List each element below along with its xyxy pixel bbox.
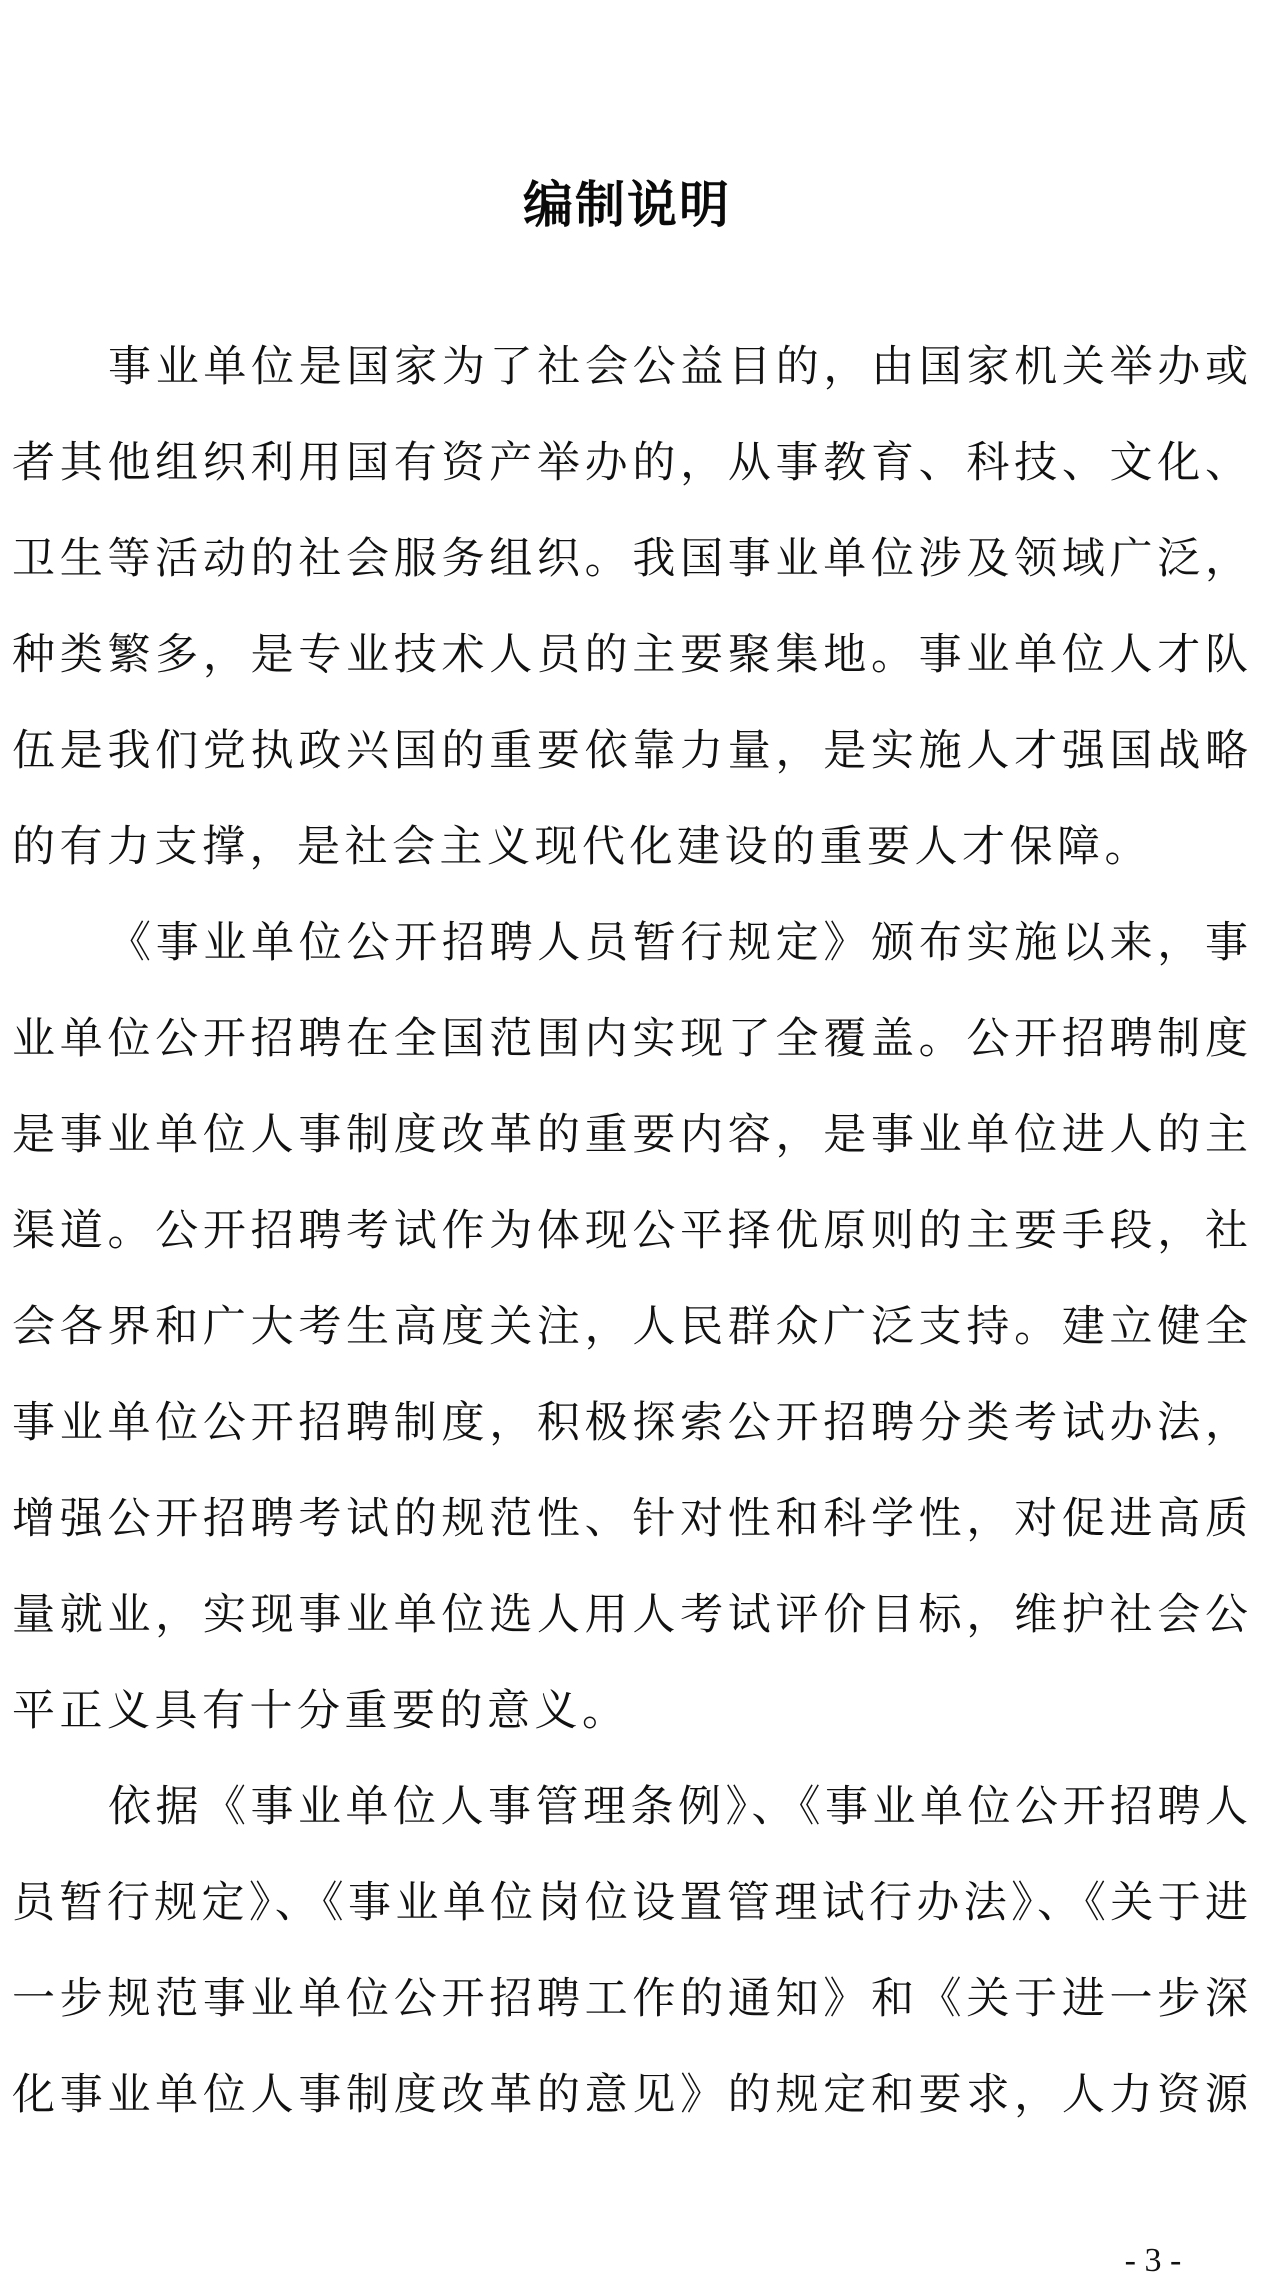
text-line: 增强公开招聘考试的规范性、针对性和科学性，对促进高质 (12, 1471, 1248, 1567)
page-number: - 3 - (1100, 2236, 1206, 2286)
document-page: 编制说明 事业单位是国家为了社会公益目的，由国家机关举办或 者其他组织利用国有资… (0, 0, 1280, 2294)
text-line: 者其他组织利用国有资产举办的，从事教育、科技、文化、 (12, 415, 1248, 511)
text-line: 量就业，实现事业单位选人用人考试评价目标，维护社会公 (12, 1567, 1248, 1663)
text-line: 业单位公开招聘在全国范围内实现了全覆盖。公开招聘制度 (12, 991, 1248, 1087)
text-line: 事业单位公开招聘制度，积极探索公开招聘分类考试办法， (12, 1375, 1248, 1471)
text-line: 《事业单位公开招聘人员暂行规定》颁布实施以来，事 (12, 895, 1248, 991)
text-line: 渠道。公开招聘考试作为体现公平择优原则的主要手段，社 (12, 1183, 1248, 1279)
text-line: 的有力支撑，是社会主义现代化建设的重要人才保障。 (12, 799, 1248, 895)
text-line: 依据《事业单位人事管理条例》、《事业单位公开招聘人 (12, 1759, 1248, 1855)
page-title: 编制说明 (0, 170, 1254, 240)
text-line: 种类繁多，是专业技术人员的主要聚集地。事业单位人才队 (12, 607, 1248, 703)
text-line: 一步规范事业单位公开招聘工作的通知》和《关于进一步深 (12, 1951, 1248, 2047)
paragraph-1: 事业单位是国家为了社会公益目的，由国家机关举办或 者其他组织利用国有资产举办的，… (12, 319, 1248, 895)
text-line: 事业单位是国家为了社会公益目的，由国家机关举办或 (12, 319, 1248, 415)
document-body: 事业单位是国家为了社会公益目的，由国家机关举办或 者其他组织利用国有资产举办的，… (12, 319, 1248, 2143)
paragraph-3: 依据《事业单位人事管理条例》、《事业单位公开招聘人 员暂行规定》、《事业单位岗位… (12, 1759, 1248, 2143)
text-line: 是事业单位人事制度改革的重要内容，是事业单位进人的主 (12, 1087, 1248, 1183)
text-line: 卫生等活动的社会服务组织。我国事业单位涉及领域广泛， (12, 511, 1248, 607)
text-line: 会各界和广大考生高度关注，人民群众广泛支持。建立健全 (12, 1279, 1248, 1375)
text-line: 伍是我们党执政兴国的重要依靠力量，是实施人才强国战略 (12, 703, 1248, 799)
text-line: 平正义具有十分重要的意义。 (12, 1663, 1248, 1759)
text-line: 员暂行规定》、《事业单位岗位设置管理试行办法》、《关于进 (12, 1855, 1248, 1951)
text-line: 化事业单位人事制度改革的意见》的规定和要求，人力资源 (12, 2047, 1248, 2143)
paragraph-2: 《事业单位公开招聘人员暂行规定》颁布实施以来，事 业单位公开招聘在全国范围内实现… (12, 895, 1248, 1759)
